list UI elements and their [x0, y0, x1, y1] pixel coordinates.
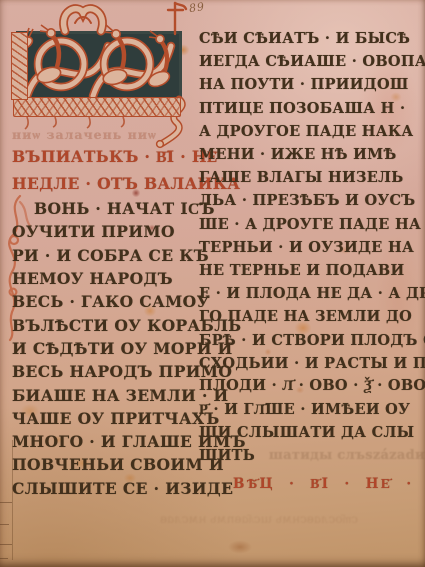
- cross-staff-finial: [168, 3, 186, 34]
- rubric-line: НЕДЛЕ · ОТЪ ВАЛАИКА: [12, 170, 192, 197]
- text-line: БРѢ · И СТВОРИ ПЛОДЪ ОУ: [199, 328, 425, 351]
- text-line: ПОВЧЕНЬИ СВОИМ И: [12, 453, 192, 476]
- text-line: ВЪЛѢСТИ ОУ КОРАБЛЬ: [12, 313, 192, 336]
- knot-finial: [64, 9, 103, 31]
- text-line: Р҃ · И ГЛ҃ШЕ · ИМѢЕИ ОУ: [199, 398, 425, 421]
- text-line: ПЛОДИ · Л҃ · ОВО · Ѯ҃ · ОВО: [199, 375, 425, 398]
- text-line: ЧАШЕ ОУ ПРИТЧАХЪ: [12, 407, 192, 430]
- text-line: ШИТЬ шатиды слъszázadи: [199, 444, 425, 467]
- squiggle-flourish: [259, 451, 261, 461]
- text-line: МНОГО · И ГЛАШЕ ИМЪ: [12, 430, 192, 453]
- text-line: НЕ ТЕРНЬЕ И ПОДАВИ: [199, 259, 425, 282]
- text-line: ТЕРНЬИ · И ОУЗИДЕ НА: [199, 236, 425, 259]
- text-line: СХОДЬИИ · И РАСТЫ И ПРѢ: [199, 352, 425, 375]
- text-line: А ДРОУГОЕ ПАДЕ НАКА: [199, 120, 425, 143]
- ghost-showthrough-text: шатиды слъszázadи: [269, 448, 425, 463]
- text-line: И СѢДѢТИ ОУ МОРИ И: [12, 337, 192, 360]
- text-line: БИАШЕ НА ЗЕМЛИ · И: [12, 383, 192, 406]
- text-line: ВОНЬ · НАЧАТ ІС҃Ъ: [12, 197, 192, 220]
- text-line: Е · И ПЛОДА НЕ ДА · А ДРОУ: [199, 282, 425, 305]
- text-line: РИ · И СОБРА СЕ КЪ: [12, 244, 192, 267]
- text-line: СЛЫШИТЕ СЕ · ИЗИДЕ: [12, 477, 192, 500]
- closing-rubric-line: ВѢ҃Ц · В҃І · НЕ҃ · ЕЦ҃А · Ѿ ЛА҃А ·: [199, 473, 425, 496]
- text-line: ЛЬА · ПРЕЗѢБЪ И ОУСЪ: [199, 189, 425, 212]
- manuscript-page: 89 ниѡ залачень ниѡ ВЪПИАТЬКЪ · В҃І · НЕ…: [0, 0, 425, 567]
- left-text-column: ниѡ залачень ниѡ ВЪПИАТЬКЪ · В҃І · НЕ҃ Н…: [12, 126, 192, 500]
- folio-number: 89: [188, 0, 206, 15]
- text-line: ШЕ · А ДРОУГЕ ПАДЕ НА: [199, 213, 425, 236]
- text-line: ВЕСЬ · ГАКО САМОУ: [12, 290, 192, 313]
- text-line: ГО ПАДЕ НА ЗЕМЛИ ДО: [199, 305, 425, 328]
- text-line: НА ПОУТИ · ПРИИДОШ: [199, 73, 425, 96]
- right-text-column: СѢИ СѢИАТЪ · И БЫСѢ ИЕГДА СѢИАШЕ · ОВОПА…: [199, 27, 425, 496]
- text-line: СѢИ СѢИАТЪ · И БЫСѢ: [199, 27, 425, 50]
- text-line: ГАШЕ ВЛАГЫ НИЗЕЛЬ: [199, 166, 425, 189]
- text-line: МЕНИ · ИЖЕ НѢ ИМѢ: [199, 143, 425, 166]
- woven-band-left: [11, 32, 28, 100]
- ruling-line: [12, 440, 13, 560]
- text-line: ИЕГДА СѢИАШЕ · ОВОПАДЕ: [199, 50, 425, 73]
- text-line: ВЕСЬ НАРОДЪ ПРИМО: [12, 360, 192, 383]
- text-line: ШИ СЛЫШАТИ ДА СЛЫ: [199, 421, 425, 444]
- verso-showthrough: ст҃ославснмь шсл҃авпмь нмслав: [77, 512, 359, 527]
- rubric-line: ВЪПИАТЬКЪ · В҃І · НЕ҃: [12, 144, 192, 170]
- text-line: ОУЧИТИ ПРИМО: [12, 220, 192, 243]
- text-line: НЕМОУ НАРОДЪ: [12, 267, 192, 290]
- faded-rubric-line: ниѡ залачень ниѡ: [12, 126, 192, 144]
- woven-band-bottom: [13, 97, 181, 117]
- text-line: ПТИЦЕ ПОЗОБАША Н ·: [199, 97, 425, 120]
